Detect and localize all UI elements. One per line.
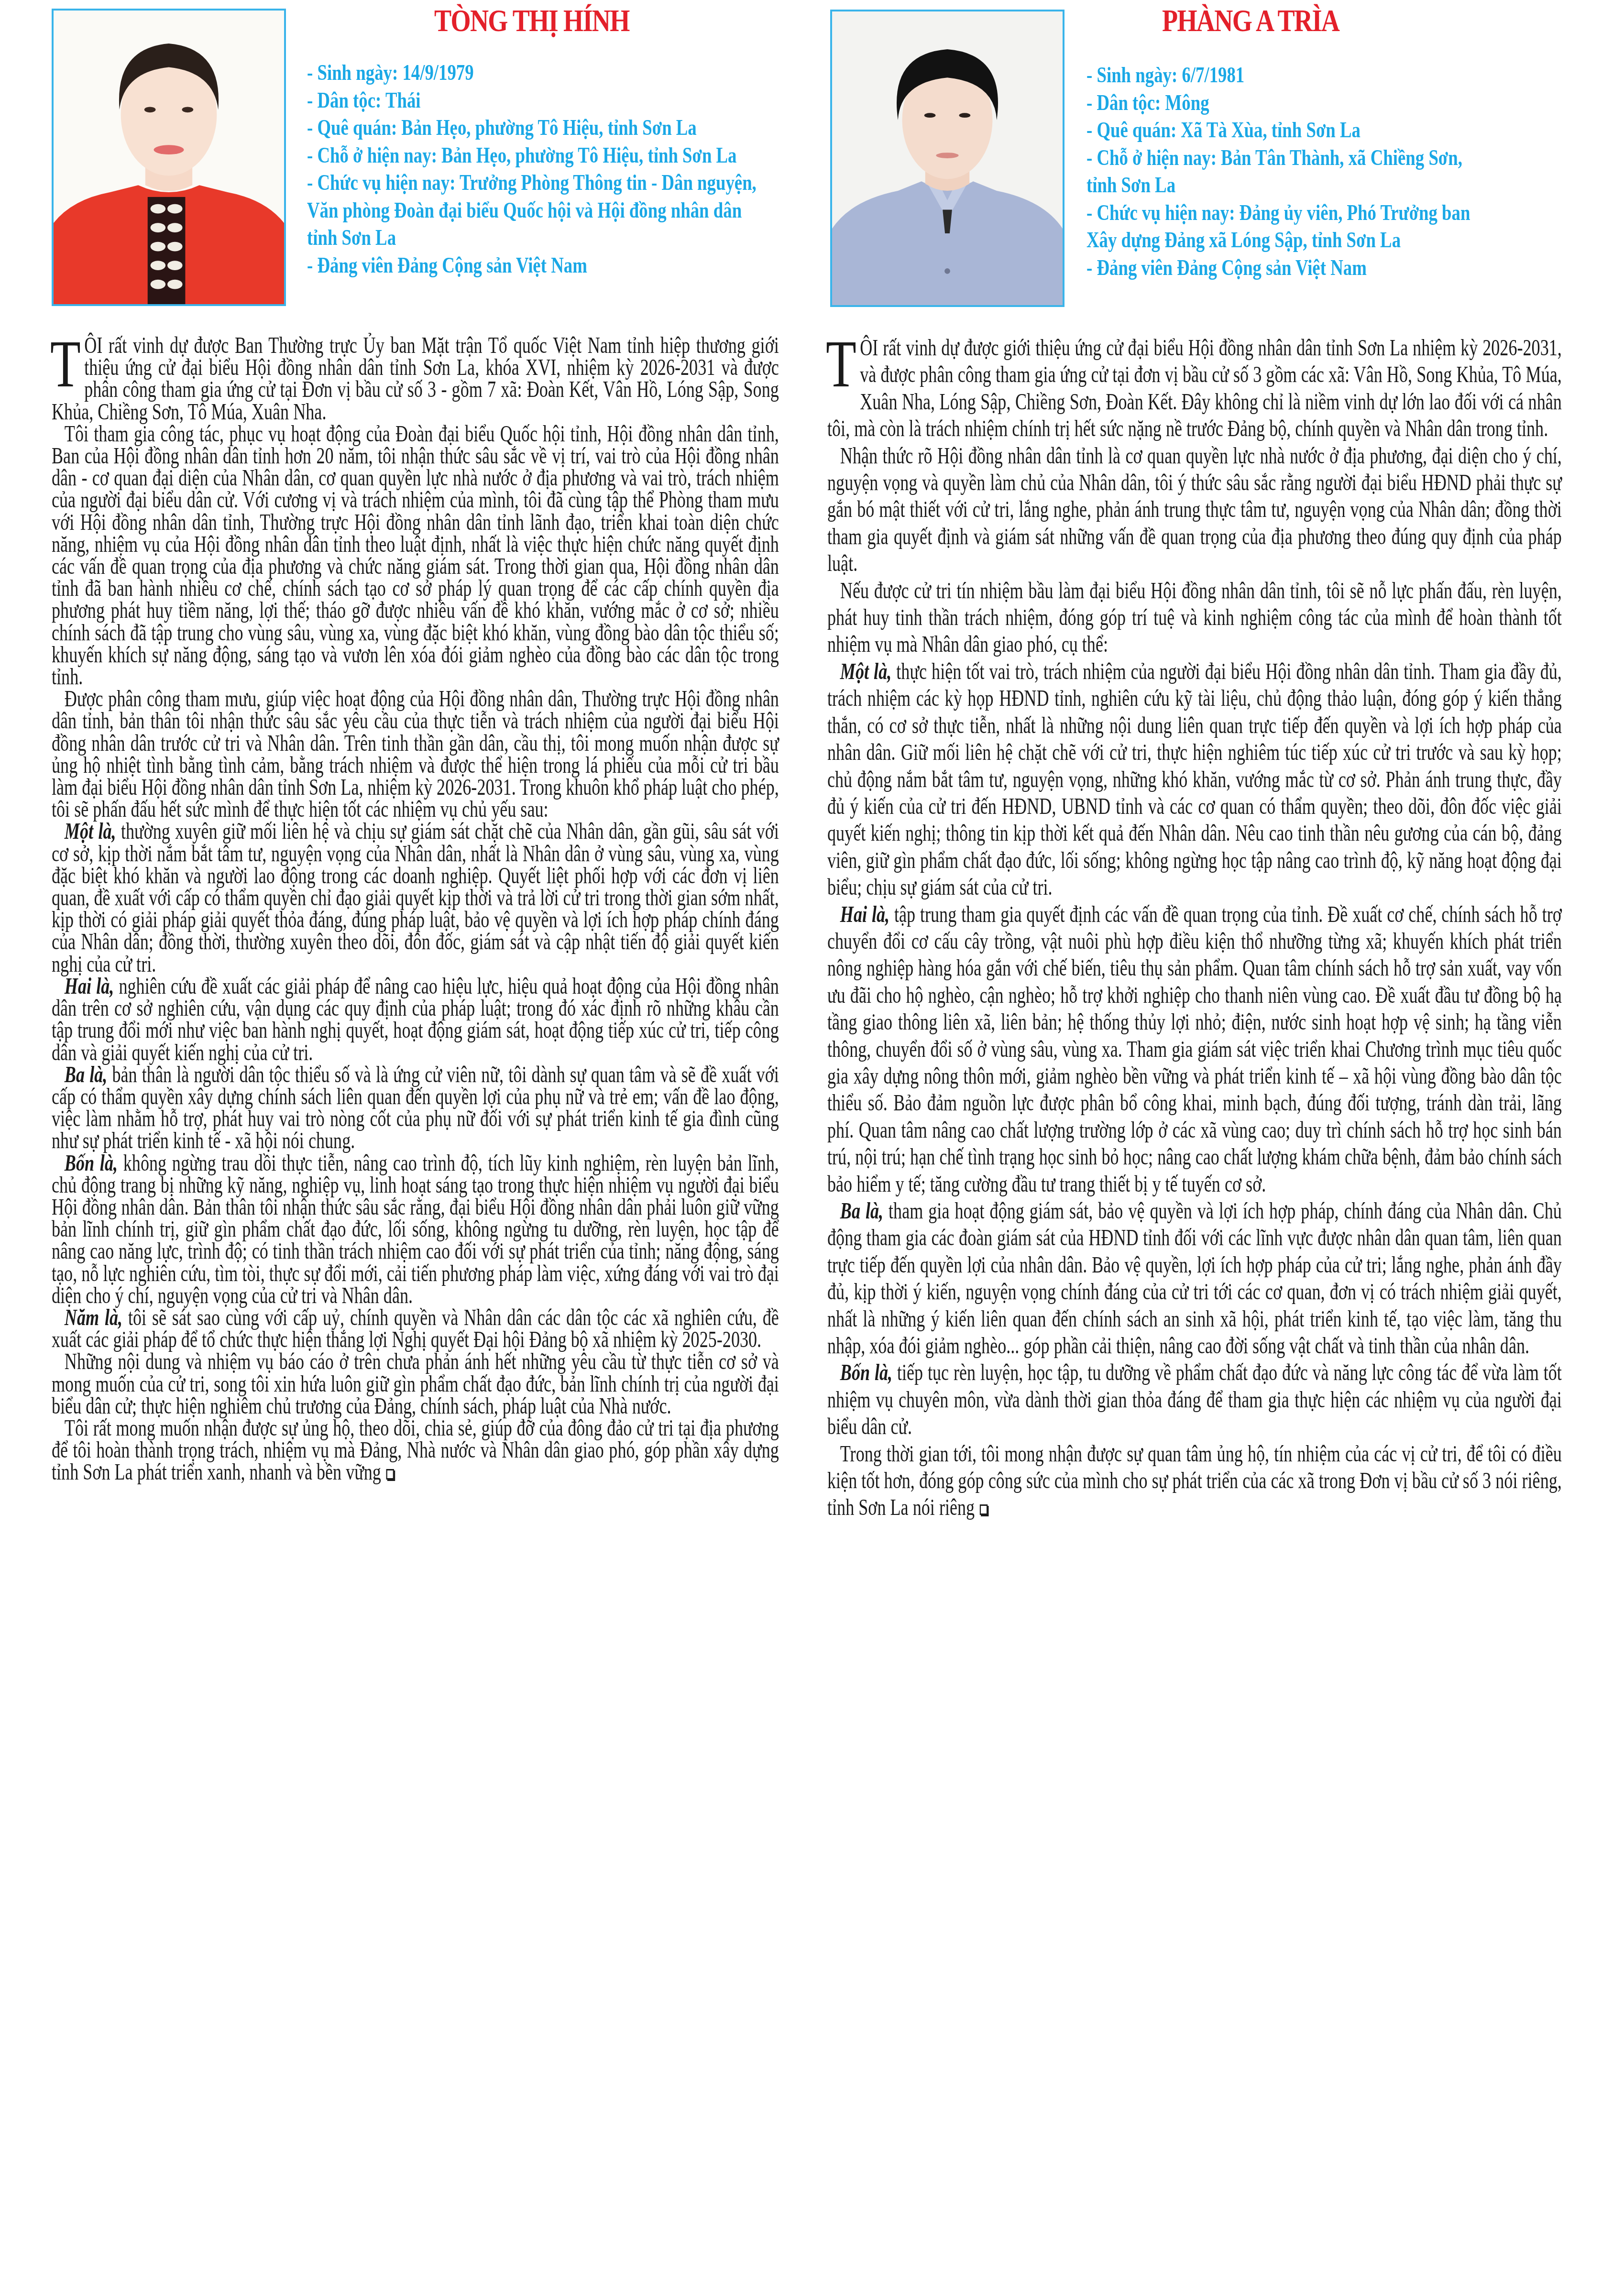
statement-paragraph: Trong thời gian tới, tôi mong nhận được … [827, 1441, 1562, 1522]
candidate-bio: - Sinh ngày: 14/9/1979 - Dân tộc: Thái -… [307, 59, 804, 279]
bio-position: - Chức vụ hiện nay: Trưởng Phòng Thông t… [307, 169, 705, 197]
bio-residence: - Chỗ ở hiện nay: Bản Hẹo, phường Tô Hiệ… [307, 142, 705, 169]
statement-paragraph: Bốn là, không ngừng trau dồi thực tiễn, … [52, 1152, 779, 1307]
bio-residence: - Chỗ ở hiện nay: Bản Tân Thành, xã Chiề… [1086, 144, 1481, 172]
statement-paragraph: Năm là, tôi sẽ sát sao cùng với cấp uỷ, … [52, 1307, 779, 1351]
statement-paragraph: Tôi tham gia công tác, phục vụ hoạt động… [52, 423, 779, 688]
statement-paragraph: Nếu được cử tri tín nhiệm bầu làm đại bi… [827, 578, 1562, 658]
bio-party-member: - Đảng viên Đảng Cộng sản Việt Nam [307, 252, 705, 279]
statement-paragraph: Nhận thức rõ Hội đồng nhân dân tỉnh là c… [827, 443, 1562, 578]
portrait-man-icon [832, 11, 1063, 305]
statement-paragraph: Tôi rất mong muốn nhận được sự ủng hộ, t… [52, 1417, 779, 1484]
end-mark-icon [980, 1504, 988, 1515]
candidate-statement: TÔI rất vinh dự được Ban Thường trực Ủy … [52, 335, 779, 1484]
bio-position: - Chức vụ hiện nay: Đảng ủy viên, Phó Tr… [1086, 199, 1481, 227]
statement-paragraph: Hai là, tập trung tham gia quyết định cá… [827, 901, 1562, 1198]
candidate-photo [830, 10, 1064, 307]
bio-birthdate: - Sinh ngày: 6/7/1981 [1086, 61, 1481, 89]
statement-paragraph: Một là, thực hiện tốt vai trò, trách nhi… [827, 658, 1562, 901]
statement-paragraph: Hai là, nghiên cứu đề xuất các giải pháp… [52, 976, 779, 1064]
drop-cap: T [50, 338, 81, 391]
portrait-woman-icon [54, 11, 284, 304]
bio-position-cont: Văn phòng Đoàn đại biểu Quốc hội và Hội … [307, 197, 705, 224]
candidate-name: PHÀNG A TRÌA [1162, 3, 1339, 39]
bio-birthdate: - Sinh ngày: 14/9/1979 [307, 59, 705, 87]
candidate-bio: - Sinh ngày: 6/7/1981 - Dân tộc: Mông - … [1086, 61, 1579, 281]
candidate-name: TÒNG THỊ HÍNH [434, 3, 629, 39]
statement-paragraph: Ba là, tham gia hoạt động giám sát, bảo … [827, 1198, 1562, 1360]
drop-cap: T [826, 338, 856, 391]
bio-position-cont: Xây dựng Đảng xã Lóng Sập, tỉnh Sơn La [1086, 226, 1481, 254]
bio-party-member: - Đảng viên Đảng Cộng sản Việt Nam [1086, 254, 1481, 282]
bio-position-cont: tỉnh Sơn La [307, 224, 705, 252]
end-mark-icon [386, 1469, 394, 1480]
statement-paragraph: TÔI rất vinh dự được giới thiệu ứng cử đ… [827, 335, 1562, 443]
statement-paragraph: TÔI rất vinh dự được Ban Thường trực Ủy … [52, 335, 779, 423]
bio-hometown: - Quê quán: Xã Tà Xùa, tỉnh Sơn La [1086, 116, 1481, 144]
statement-paragraph: Một là, thường xuyên giữ mối liên hệ và … [52, 821, 779, 975]
statement-paragraph: Ba là, bản thân là người dân tộc thiểu s… [52, 1064, 779, 1152]
statement-paragraph: Được phân công tham mưu, giúp việc hoạt … [52, 688, 779, 821]
statement-paragraph: Bốn là, tiếp tục rèn luyện, học tập, tu … [827, 1360, 1562, 1440]
candidate-photo [52, 9, 286, 306]
statement-paragraph: Những nội dung và nhiệm vụ báo cáo ở trê… [52, 1351, 779, 1417]
candidate-statement: TÔI rất vinh dự được giới thiệu ứng cử đ… [827, 335, 1561, 1522]
bio-ethnicity: - Dân tộc: Thái [307, 87, 705, 114]
bio-ethnicity: - Dân tộc: Mông [1086, 89, 1481, 117]
bio-hometown: - Quê quán: Bản Hẹo, phường Tô Hiệu, tỉn… [307, 114, 705, 142]
bio-residence-cont: tỉnh Sơn La [1086, 171, 1481, 199]
